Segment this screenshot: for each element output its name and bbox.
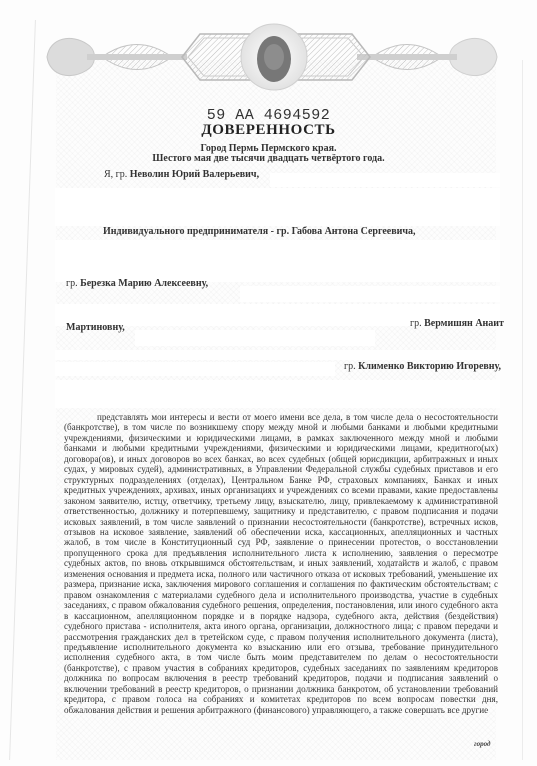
- representative-2: гр. Вермишян Анаит: [410, 318, 504, 329]
- representative-2-continued: Мартиновну,: [66, 322, 125, 333]
- redaction-box: [135, 330, 375, 346]
- document-date: Шестого мая две тысячи двадцать четвёрто…: [0, 153, 537, 164]
- representative-name: Мартиновну,: [66, 322, 125, 333]
- redaction-box: [55, 362, 335, 376]
- representative-name: Вермишян Анаит: [424, 318, 504, 329]
- powers-body-text: представлять мои интересы и вести от мое…: [64, 412, 498, 715]
- principal-name: Неволин Юрий Валерьевич,: [130, 169, 259, 180]
- redaction-box: [270, 173, 500, 187]
- representative-name: Клименко Викторию Игоревну,: [358, 361, 501, 372]
- redaction-box: [55, 380, 500, 408]
- redaction-box: [240, 286, 500, 302]
- coat-of-arms-emblem-icon: [42, 22, 502, 92]
- redaction-box: [55, 240, 500, 282]
- redaction-box: [55, 188, 500, 226]
- page-catchword: город: [474, 740, 490, 748]
- redaction-box: [55, 350, 500, 360]
- entrepreneur-line: Индивидуального предпринимателя - гр. Га…: [103, 226, 416, 237]
- principal-line: Я, гр. Неволин Юрий Валерьевич,: [104, 169, 259, 180]
- representative-1: гр. Березка Марию Алексеевну,: [66, 278, 208, 289]
- principal-prefix: Я, гр.: [104, 169, 127, 180]
- guilloche-header-band: [42, 22, 502, 92]
- page-edge-right: [522, 60, 523, 760]
- representative-3: гр. Клименко Викторию Игоревну,: [344, 361, 501, 372]
- representative-name: Березка Марию Алексеевну,: [80, 278, 208, 289]
- document-page: 59 АА 4694592 ДОВЕРЕННОСТЬ Город Пермь П…: [0, 0, 537, 766]
- entrepreneur-text: Индивидуального предпринимателя - гр. Га…: [103, 226, 416, 237]
- document-title: ДОВЕРЕННОСТЬ: [0, 122, 537, 139]
